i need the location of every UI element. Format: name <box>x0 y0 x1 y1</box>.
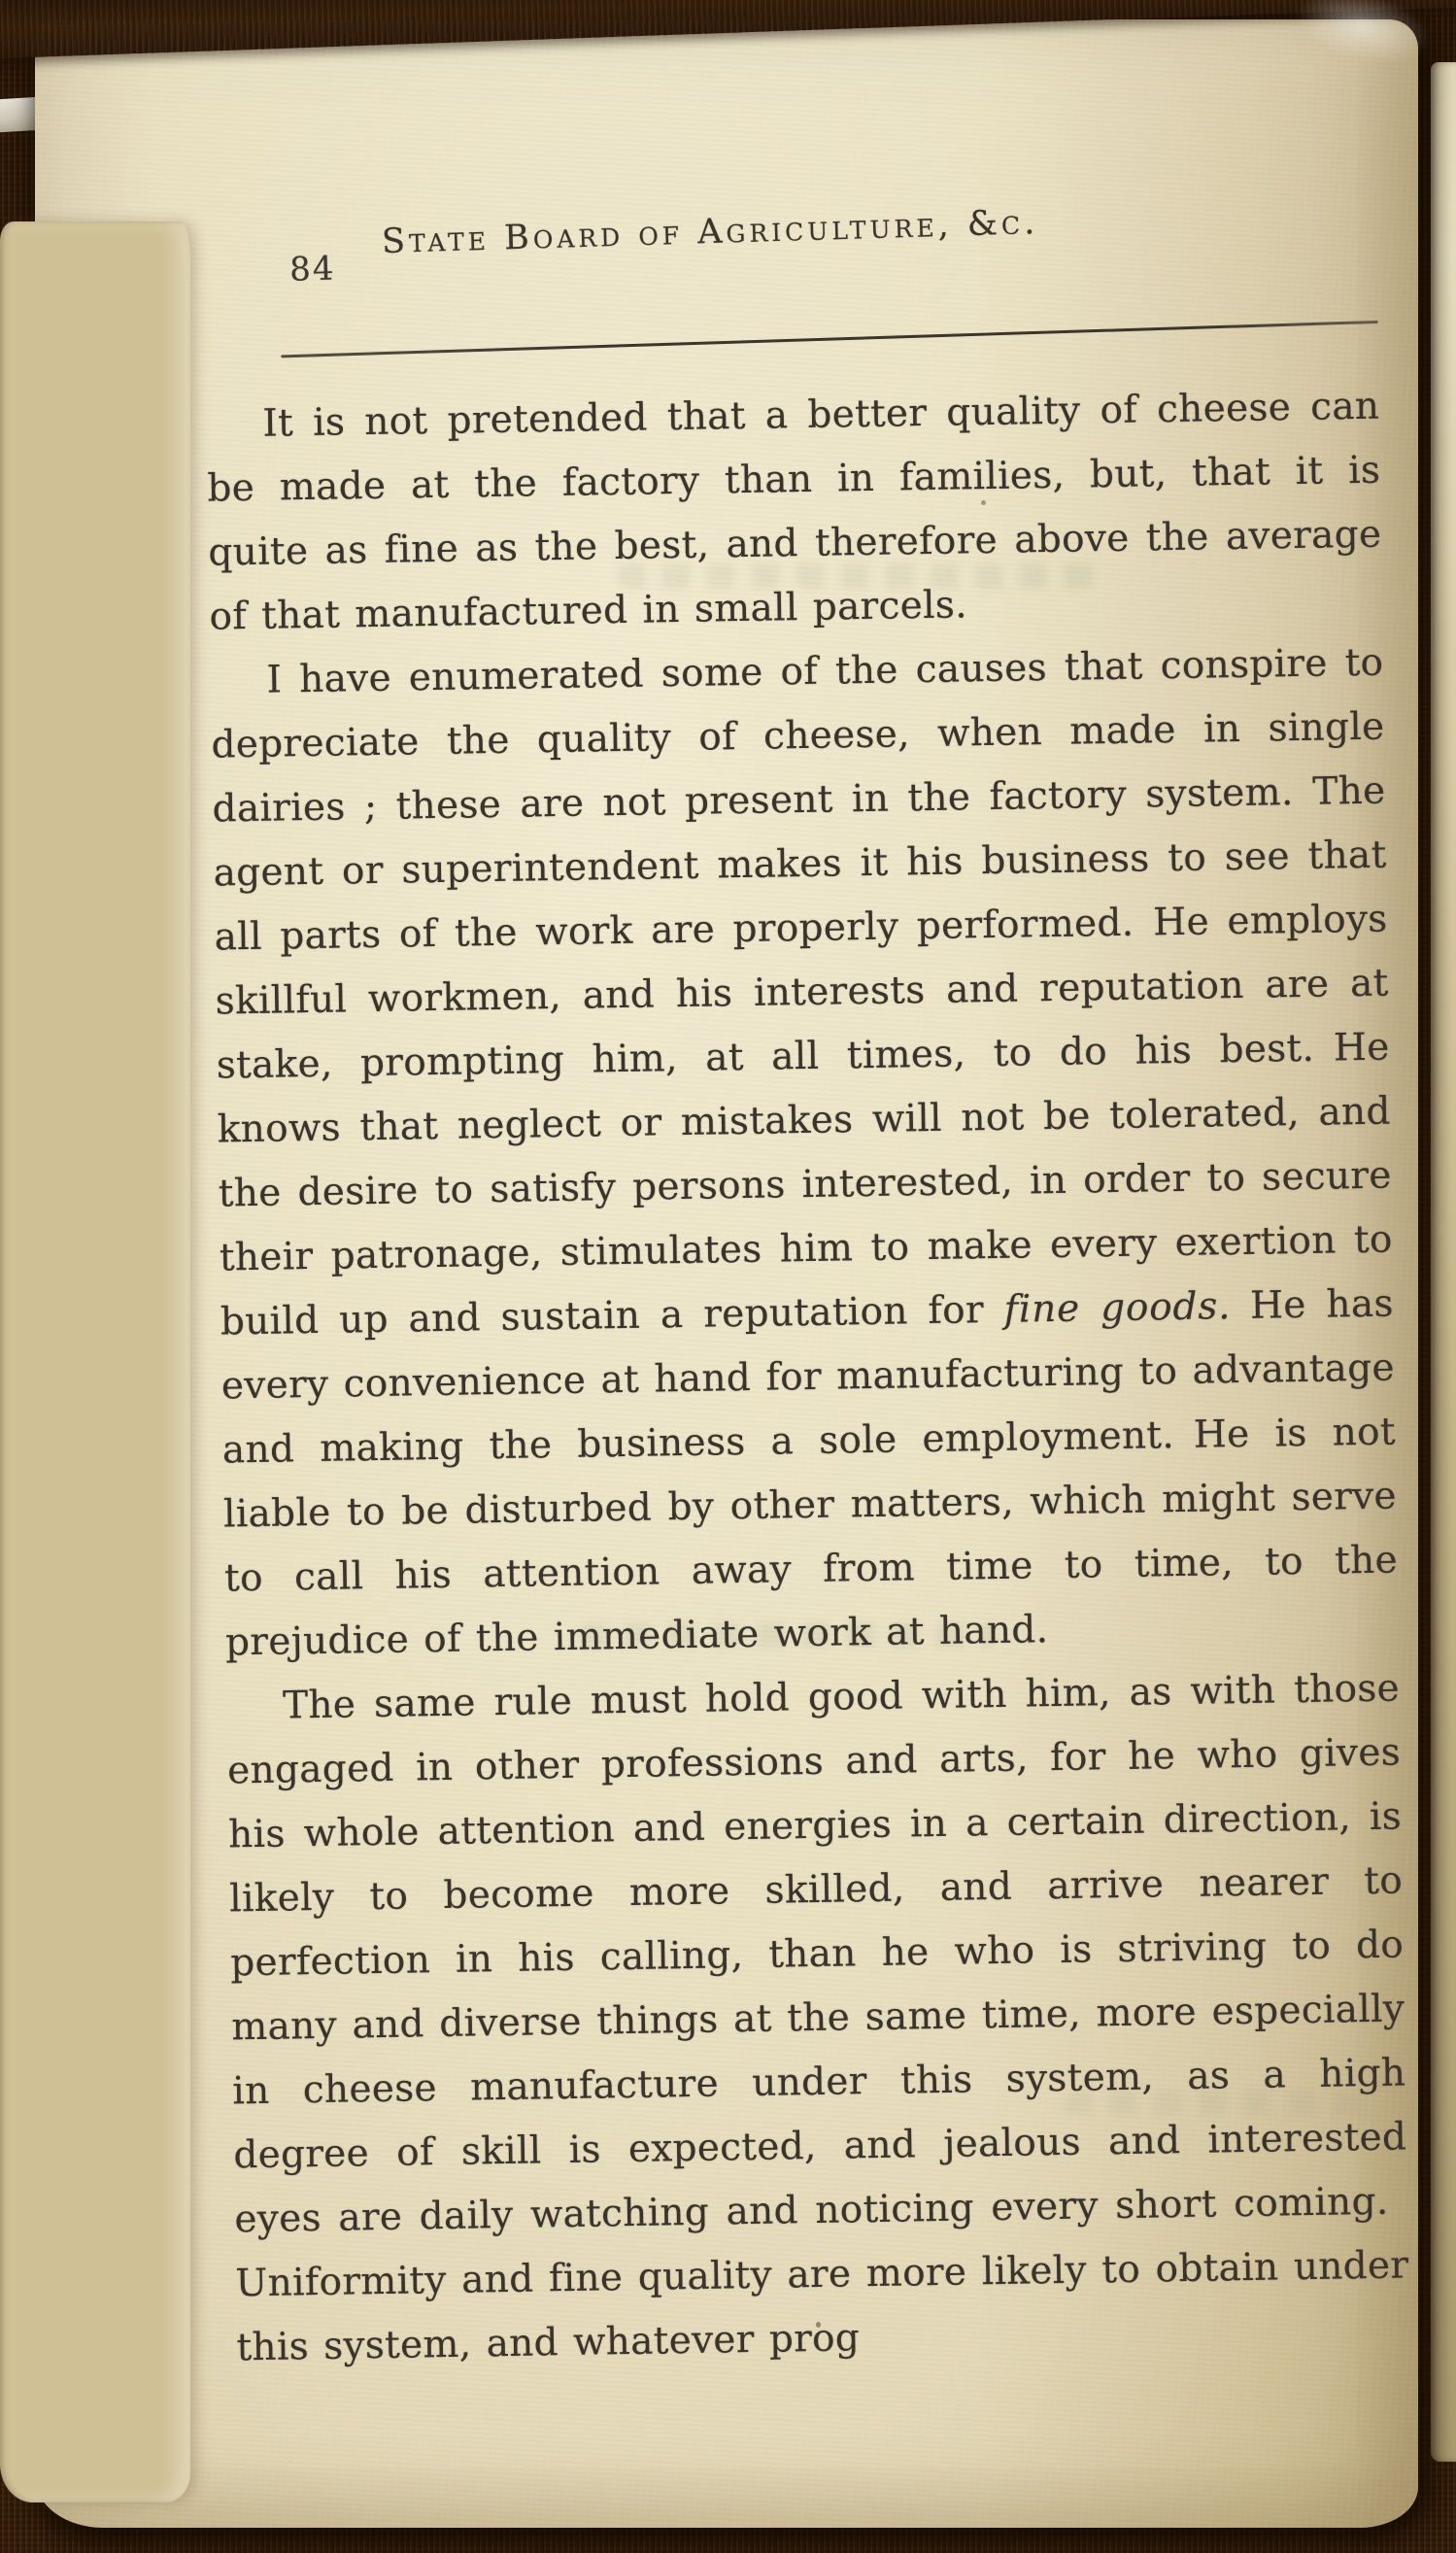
running-title: State Board of Agriculture, &c. <box>195 192 1391 266</box>
paragraph: It is not pretended that a better qualit… <box>206 375 1383 650</box>
text-run: It is not pretended that a better qualit… <box>207 385 1382 639</box>
next-page-edge <box>1431 62 1456 2462</box>
page-header: 84 State Board of Agriculture, &c. <box>195 192 1391 286</box>
text-run: The same rule must hold good with him, a… <box>227 1666 1409 2369</box>
page-number: 84 <box>289 250 336 289</box>
paragraph: The same rule must hold good with him, a… <box>226 1656 1410 2380</box>
book-scan: { "document": { "page_number": "84", "ru… <box>0 0 1456 2553</box>
text-run: I have enumerated some of the causes tha… <box>211 641 1393 1345</box>
page-stack-edges <box>0 221 190 2502</box>
paragraph: I have enumerated some of the causes tha… <box>210 631 1399 1676</box>
book-page: 84 State Board of Agriculture, &c. It is… <box>35 19 1418 2528</box>
page-content: 84 State Board of Agriculture, &c. It is… <box>194 155 1424 2408</box>
cover-top-edge <box>0 0 1456 59</box>
header-rule <box>281 321 1378 357</box>
italic-phrase: fine goods. <box>1003 1284 1231 1332</box>
page-body: It is not pretended that a better qualit… <box>206 375 1410 2381</box>
